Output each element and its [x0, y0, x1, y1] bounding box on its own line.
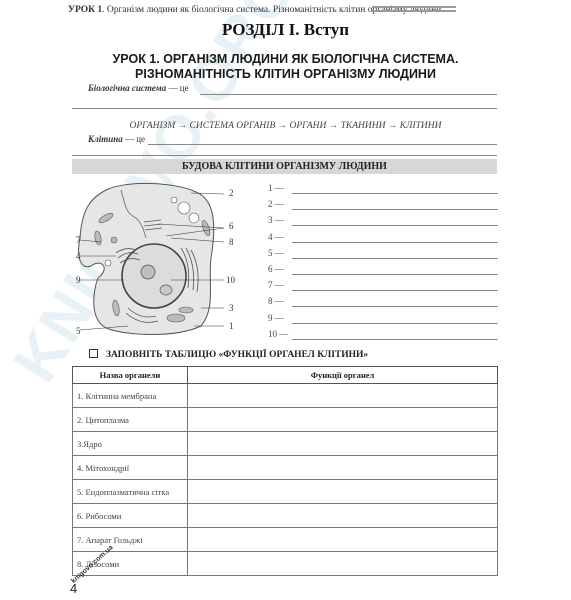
answer-line-number: 3 — [268, 215, 284, 225]
organelle-name-cell: 1. Клітинна мембрана [73, 384, 188, 408]
cell-suffix: — це [123, 134, 145, 144]
organelle-function-cell[interactable] [188, 432, 498, 456]
table-row: 8. Лізосоми [73, 552, 498, 576]
table-row: 4. Мітохондрії [73, 456, 498, 480]
answer-line[interactable]: 5 — [268, 246, 498, 262]
diagram-label-1: 1 [229, 321, 234, 331]
lesson-title: УРОК 1. ОРГАНІЗМ ЛЮДИНИ ЯК БІОЛОГІЧНА СИ… [0, 52, 571, 82]
answer-line-underline[interactable] [292, 274, 498, 275]
cell-answer-line-1[interactable] [148, 144, 497, 145]
answer-line[interactable]: 10 — [268, 327, 498, 343]
diagram-label-7: 7 [76, 235, 81, 245]
diagram-label-5: 5 [76, 326, 81, 336]
cell-definition: Клітина — це [88, 134, 145, 144]
answer-line[interactable]: 4 — [268, 230, 498, 246]
organelle-name-cell: 4. Мітохондрії [73, 456, 188, 480]
answer-line-number: 4 — [268, 232, 284, 242]
organelle-function-cell[interactable] [188, 504, 498, 528]
answer-line-underline[interactable] [292, 193, 498, 194]
organelle-function-cell[interactable] [188, 480, 498, 504]
cell-answer-line-2[interactable] [72, 155, 497, 156]
bio-system-answer-line-2[interactable] [72, 108, 497, 109]
answer-line-underline[interactable] [292, 306, 498, 307]
cell-term: Клітина [88, 134, 123, 144]
diagram-label-8: 8 [229, 237, 234, 247]
organelle-function-cell[interactable] [188, 408, 498, 432]
answer-line-underline[interactable] [292, 225, 498, 226]
section-title: РОЗДІЛ І. Вступ [0, 20, 571, 40]
running-header-lesson: УРОК 1 [68, 5, 102, 15]
organelle-name-cell: 7. Апарат Гольджі [73, 528, 188, 552]
lesson-title-line2: РІЗНОМАНІТНІСТЬ КЛІТИН ОРГАНІЗМУ ЛЮДИНИ [0, 67, 571, 82]
organelle-functions-table: Назва органели Функції органел 1. Клітин… [72, 366, 498, 576]
lesson-title-line1: УРОК 1. ОРГАНІЗМ ЛЮДИНИ ЯК БІОЛОГІЧНА СИ… [0, 52, 571, 67]
answer-line-underline[interactable] [292, 258, 498, 259]
table-row: 6. Рибосоми [73, 504, 498, 528]
header-rule-decoration [372, 6, 456, 14]
organelle-name-cell: 5. Ендоплазматична сітка [73, 480, 188, 504]
answer-line[interactable]: 1 — [268, 181, 498, 197]
answer-line-underline[interactable] [292, 209, 498, 210]
answer-line-number: 7 — [268, 280, 284, 290]
header-organelle-name: Назва органели [73, 367, 188, 384]
answer-line-number: 5 — [268, 248, 284, 258]
answer-line-underline[interactable] [292, 290, 498, 291]
bio-system-term: Біологічна система [88, 83, 166, 93]
header-organelle-functions: Функції органел [188, 367, 498, 384]
answer-line[interactable]: 2 — [268, 197, 498, 213]
organelle-function-cell[interactable] [188, 384, 498, 408]
structure-banner: БУДОВА КЛІТИНИ ОРГАНІЗМУ ЛЮДИНИ [72, 159, 497, 174]
checkbox-icon [89, 349, 98, 358]
answer-line[interactable]: 7 — [268, 278, 498, 294]
diagram-label-4: 4 [76, 251, 81, 261]
organelle-name-cell: 3.Ядро [73, 432, 188, 456]
answer-line-number: 6 — [268, 264, 284, 274]
answer-line-number: 1 — [268, 183, 284, 193]
bio-system-answer-line-1[interactable] [200, 94, 497, 95]
answer-line-number: 2 — [268, 199, 284, 209]
organelle-name-cell: 6. Рибосоми [73, 504, 188, 528]
organelle-function-cell[interactable] [188, 552, 498, 576]
organelle-name-cell: 2. Цитоплазма [73, 408, 188, 432]
answer-line-number: 8 — [268, 296, 284, 306]
table-header-row: Назва органели Функції органел [73, 367, 498, 384]
diagram-label-6: 6 [229, 221, 234, 231]
diagram-label-3: 3 [229, 303, 234, 313]
answer-line-number: 10 — [268, 329, 288, 339]
table-row: 2. Цитоплазма [73, 408, 498, 432]
table-row: 7. Апарат Гольджі [73, 528, 498, 552]
bio-system-definition: Біологічна система — це [88, 83, 189, 93]
answer-line[interactable]: 3 — [268, 213, 498, 229]
answer-line-underline[interactable] [292, 323, 498, 324]
answer-line[interactable]: 6 — [268, 262, 498, 278]
table-row: 5. Ендоплазматична сітка [73, 480, 498, 504]
cell-diagram [66, 178, 246, 338]
table-row: 1. Клітинна мембрана [73, 384, 498, 408]
diagram-label-9: 9 [76, 275, 81, 285]
organelle-function-cell[interactable] [188, 528, 498, 552]
task-heading: ЗАПОВНІТЬ ТАБЛИЦЮ «ФУНКЦІЇ ОРГАНЕЛ КЛІТИ… [89, 349, 368, 360]
hierarchy-chain: ОРГАНІЗМ → СИСТЕМА ОРГАНІВ → ОРГАНИ → ТК… [0, 121, 571, 131]
task-label: ЗАПОВНІТЬ ТАБЛИЦЮ «ФУНКЦІЇ ОРГАНЕЛ КЛІТИ… [106, 350, 368, 360]
answer-line-number: 9 — [268, 313, 284, 323]
organelle-function-cell[interactable] [188, 456, 498, 480]
answer-line-underline[interactable] [292, 242, 498, 243]
answer-line[interactable]: 8 — [268, 294, 498, 310]
diagram-label-2: 2 [229, 188, 234, 198]
answer-line-underline[interactable] [292, 339, 498, 340]
answer-line[interactable]: 9 — [268, 311, 498, 327]
bio-system-suffix: — це [166, 83, 188, 93]
table-row: 3.Ядро [73, 432, 498, 456]
diagram-label-10: 10 [226, 275, 235, 285]
